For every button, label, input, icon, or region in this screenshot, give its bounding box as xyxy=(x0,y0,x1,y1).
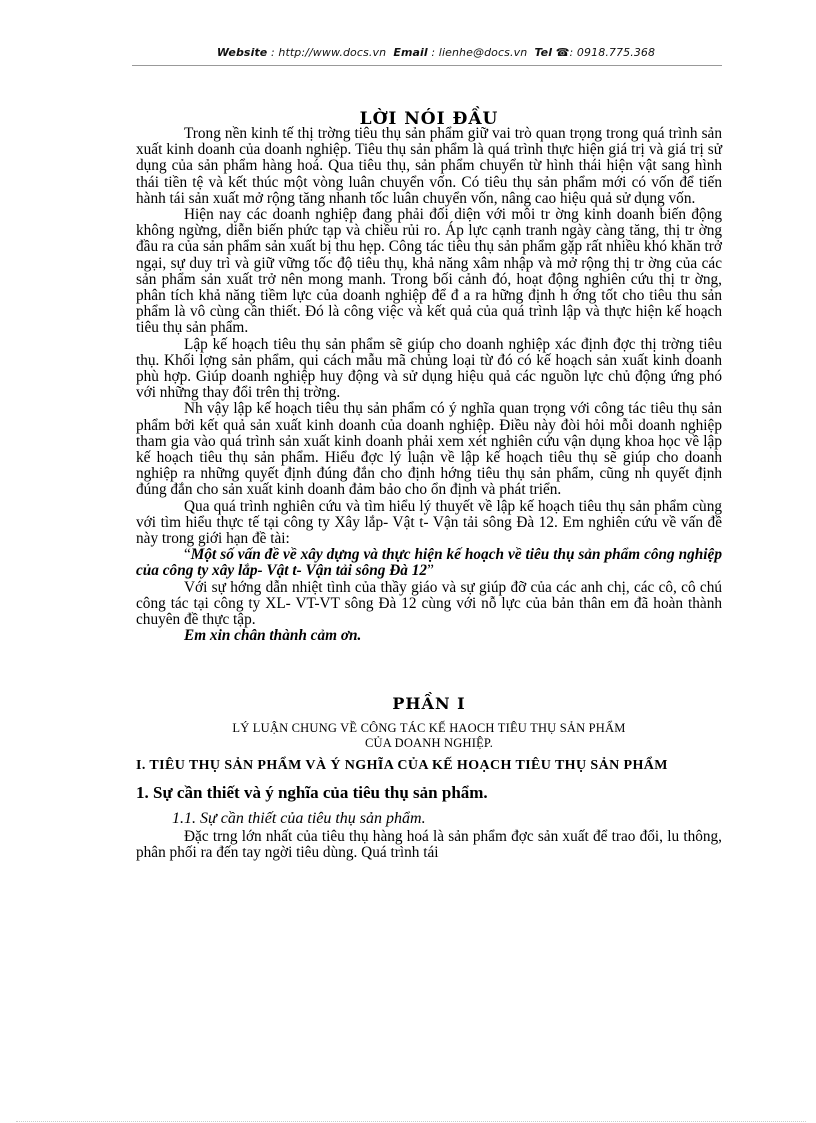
part-title: PHẦN I xyxy=(136,695,722,713)
section-heading-1: 1. Sự cần thiết và ý nghĩa của tiêu thụ … xyxy=(136,783,722,803)
phone-icon: ☎ xyxy=(556,46,570,59)
tel-value: : 0918.775.368 xyxy=(570,46,656,59)
preface-paragraph: Lập kế hoạch tiêu thụ sản phẩm sẽ giúp c… xyxy=(136,337,722,402)
document-body: LỜI NÓI ĐẦU Trong nền kinh tế thị trờng … xyxy=(136,110,722,861)
email-label: Email xyxy=(393,46,427,59)
thanks-line: Em xin chân thành cảm ơn. xyxy=(136,628,722,644)
page-header: Website : http://www.docs.vn Email : lie… xyxy=(150,46,722,59)
thesis-topic: “Một số vấn đề về xây dựng và thực hiện … xyxy=(136,547,722,579)
section-paragraph: Đặc trng lớn nhất của tiêu thụ hàng hoá … xyxy=(136,829,722,861)
part-subtitle-line2: CỦA DOANH NGHIỆP. xyxy=(136,736,722,751)
footer-divider xyxy=(16,1121,806,1122)
email-link[interactable]: : lienhe@docs.vn xyxy=(431,46,527,59)
website-link[interactable]: : http://www.docs.vn xyxy=(271,46,386,59)
tel-label: Tel xyxy=(534,46,552,59)
section-heading-I: I. TIÊU THỤ SẢN PHẨM VÀ Ý NGHĨA CỦA KẾ H… xyxy=(136,758,722,773)
preface-paragraph: Qua quá trình nghiên cứu và tìm hiểu lý … xyxy=(136,499,722,548)
header-divider xyxy=(132,65,722,66)
quote-close: ” xyxy=(427,562,434,579)
quote-open: “ xyxy=(184,546,191,563)
preface-paragraph: Hiện nay các doanh nghiệp đang phải đối … xyxy=(136,207,722,337)
acknowledgement-paragraph: Với sự hớng dẫn nhiệt tình của thầy giáo… xyxy=(136,580,722,629)
preface-paragraph: Nh vậy lập kế hoạch tiêu thụ sản phẩm có… xyxy=(136,401,722,498)
preface-paragraph: Trong nền kinh tế thị trờng tiêu thụ sản… xyxy=(136,126,722,207)
section-heading-1-1: 1.1. Sự cần thiết của tiêu thụ sản phẩm. xyxy=(136,809,722,829)
part-subtitle-line1: LÝ LUẬN CHUNG VỀ CÔNG TÁC KẾ HAOCH TIÊU … xyxy=(136,721,722,736)
website-label: Website xyxy=(217,46,268,59)
